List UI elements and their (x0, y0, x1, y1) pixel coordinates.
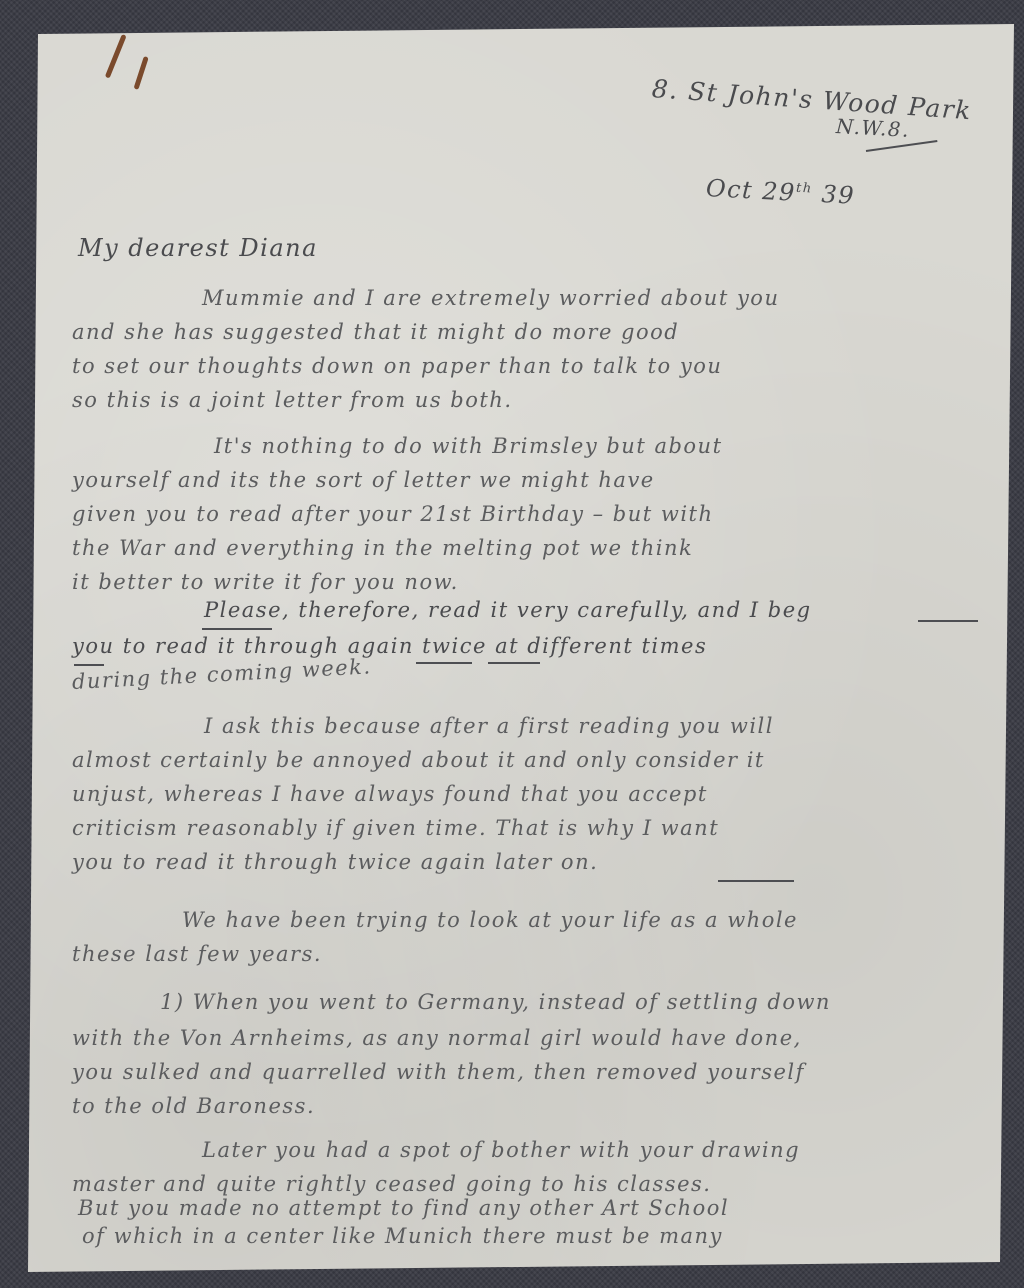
body-line: with the Von Arnheims, as any normal gir… (72, 1026, 802, 1050)
body-line: given you to read after your 21st Birthd… (72, 502, 714, 526)
body-line: It's nothing to do with Brimsley but abo… (214, 434, 723, 458)
corner-mark (105, 34, 127, 79)
underline-you (74, 664, 104, 666)
body-line: I ask this because after a first reading… (204, 714, 774, 738)
body-line: and she has suggested that it might do m… (72, 320, 679, 344)
body-line: the War and everything in the melting po… (72, 536, 693, 560)
salutation: My dearest Diana (78, 234, 318, 262)
body-line: almost certainly be annoyed about it and… (72, 748, 765, 772)
body-line: Please, therefore, read it very carefull… (204, 598, 812, 622)
body-line: Mummie and I are extremely worried about… (202, 286, 779, 310)
letter-sheet: 8. St John's Wood Park N.W.8. Oct 29th 3… (18, 24, 1018, 1272)
underline-twice (488, 662, 540, 664)
body-line: criticism reasonably if given time. That… (72, 816, 719, 840)
body-line: these last few years. (72, 942, 322, 966)
body-line: you sulked and quarrelled with them, the… (72, 1060, 805, 1084)
body-line: But you made no attempt to find any othe… (78, 1196, 729, 1220)
body-line: you to read it through again twice at di… (72, 634, 707, 658)
body-line: unjust, whereas I have always found that… (72, 782, 708, 806)
date-month-day: Oct 29 (705, 174, 796, 207)
body-line: to set our thoughts down on paper than t… (72, 354, 722, 378)
body-line: to the old Baroness. (72, 1094, 315, 1118)
underline-again (416, 662, 472, 664)
underline-please (202, 628, 272, 630)
body-line: Later you had a spot of bother with your… (202, 1138, 800, 1162)
address-underline (866, 140, 938, 152)
body-line: 1) When you went to Germany, instead of … (160, 990, 831, 1014)
body-line: master and quite rightly ceased going to… (72, 1172, 711, 1196)
address-line-1: 8. St John's Wood Park (651, 74, 973, 125)
body-line: you to read it through twice again later… (72, 850, 598, 874)
date-year: 39 (821, 180, 856, 210)
body-line: so this is a joint letter from us both. (72, 388, 513, 412)
body-line: during the coming week. (71, 654, 372, 694)
body-line: it better to write it for you now. (72, 570, 459, 594)
underline-i-beg (918, 620, 978, 622)
body-line: We have been trying to look at your life… (182, 908, 798, 932)
body-line: yourself and its the sort of letter we m… (72, 468, 655, 492)
underline-later-on (718, 880, 794, 882)
corner-mark-second (133, 56, 148, 90)
address-line-2: N.W.8. (835, 114, 910, 142)
body-line: of which in a center like Munich there m… (82, 1224, 723, 1248)
date-ordinal: th (796, 181, 813, 197)
letter-date: Oct 29th 39 (705, 174, 855, 210)
